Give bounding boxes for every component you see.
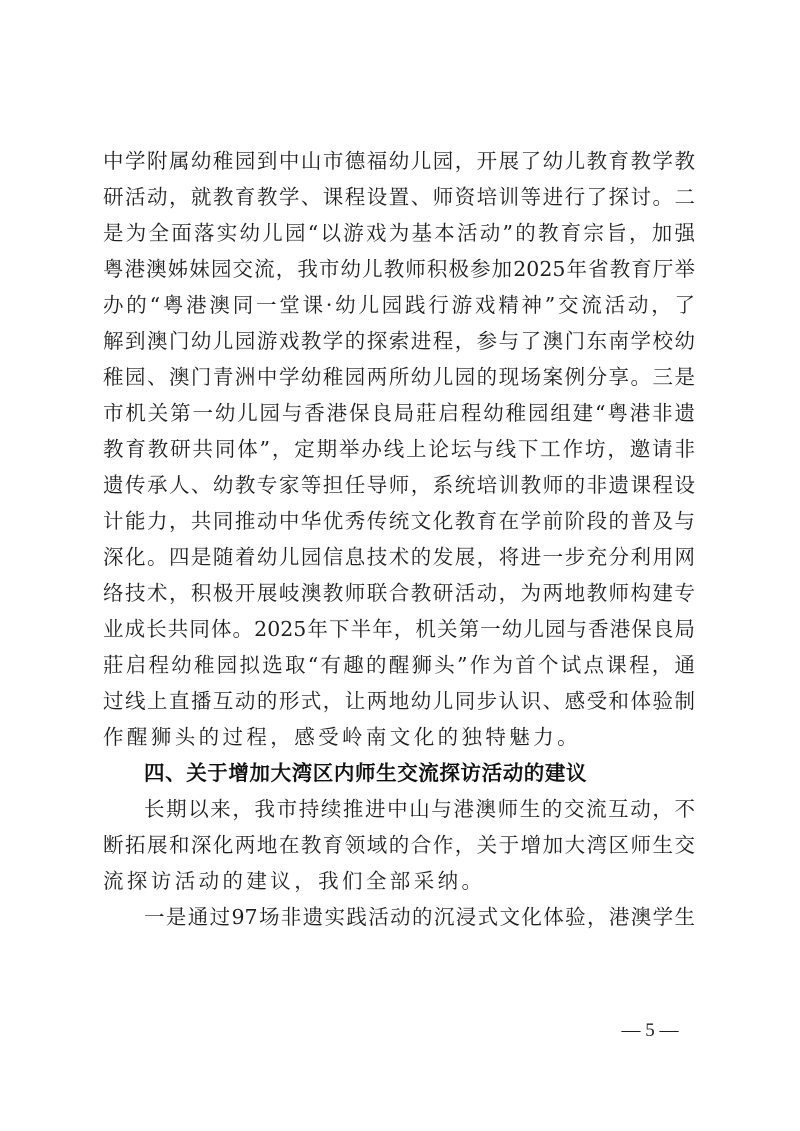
paragraph-line: 深化。四是随着幼儿园信息技术的发展，将进一步充分利用网 — [103, 539, 695, 575]
paragraph-line: 市机关第一幼儿园与香港保良局莊启程幼稚园组建“粤港非遗 — [103, 395, 695, 431]
paragraph-line: 办的“粤港澳同一堂课·幼儿园践行游戏精神”交流活动，了 — [103, 287, 695, 323]
paragraph-line: 遗传承人、幼教专家等担任导师，系统培训教师的非遗课程设 — [103, 467, 695, 503]
document-page: 中学附属幼稚园到中山市德福幼儿园，开展了幼儿教育教学教 研活动，就教育教学、课程… — [0, 0, 800, 1131]
document-body: 中学附属幼稚园到中山市德福幼儿园，开展了幼儿教育教学教 研活动，就教育教学、课程… — [103, 143, 695, 935]
paragraph-line: 络技术，积极开展岐澳教师联合教研活动，为两地教师构建专 — [103, 575, 695, 611]
paragraph-line: 长期以来，我市持续推进中山与港澳师生的交流互动，不 — [103, 791, 695, 827]
paragraph-line: 研活动，就教育教学、课程设置、师资培训等进行了探讨。二 — [103, 179, 695, 215]
paragraph-line: 解到澳门幼儿园游戏教学的探索进程，参与了澳门东南学校幼 — [103, 323, 695, 359]
section-heading: 四、关于增加大湾区内师生交流探访活动的建议 — [103, 755, 695, 791]
paragraph-line: 业成长共同体。2025年下半年，机关第一幼儿园与香港保良局 — [103, 611, 695, 647]
paragraph-line: 稚园、澳门青洲中学幼稚园两所幼儿园的现场案例分享。三是 — [103, 359, 695, 395]
paragraph-line: 莊启程幼稚园拟选取“有趣的醒狮头”作为首个试点课程，通 — [103, 647, 695, 683]
paragraph-line-last: 流探访活动的建议，我们全部采纳。 — [103, 863, 695, 899]
paragraph-line: 计能力，共同推动中华优秀传统文化教育在学前阶段的普及与 — [103, 503, 695, 539]
paragraph-line: 过线上直播互动的形式，让两地幼儿同步认识、感受和体验制 — [103, 683, 695, 719]
page-number: — 5 — — [620, 1016, 680, 1046]
paragraph-line: 教育教研共同体”，定期举办线上论坛与线下工作坊，邀请非 — [103, 431, 695, 467]
paragraph-line: 一是通过97场非遗实践活动的沉浸式文化体验，港澳学生 — [103, 899, 695, 935]
paragraph-line: 是为全面落实幼儿园“以游戏为基本活动”的教育宗旨，加强 — [103, 215, 695, 251]
paragraph-line: 断拓展和深化两地在教育领域的合作，关于增加大湾区师生交 — [103, 827, 695, 863]
paragraph-line: 粤港澳姊妹园交流，我市幼儿教师积极参加2025年省教育厅举 — [103, 251, 695, 287]
paragraph-line-last: 作醒狮头的过程，感受岭南文化的独特魅力。 — [103, 719, 695, 755]
paragraph-line: 中学附属幼稚园到中山市德福幼儿园，开展了幼儿教育教学教 — [103, 143, 695, 179]
